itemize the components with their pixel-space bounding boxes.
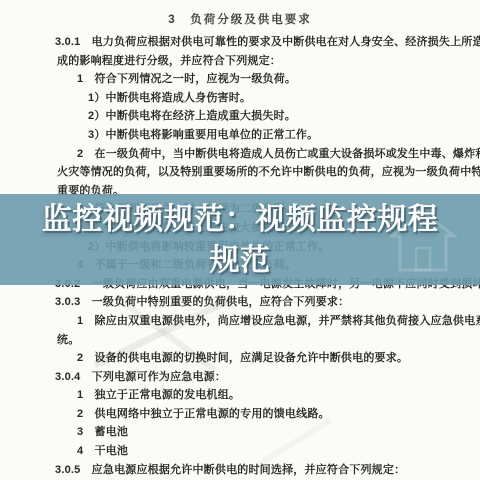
doc-line: 1）中断供电将造成人身伤害时。 bbox=[0, 89, 480, 108]
doc-line: 成的影响程度进行分级，并应符合下列规定： bbox=[0, 52, 480, 71]
doc-line: 2）中断供电将在经济上造成重大损失时。 bbox=[0, 107, 480, 126]
chapter-heading: 3 负荷分级及供电要求 bbox=[0, 11, 480, 29]
doc-line: 3 蓄电池 bbox=[0, 423, 480, 442]
doc-line: 3）中断供电将影响重要用电单位的正常工作。 bbox=[0, 126, 480, 145]
doc-line: 2 供电网络中独立于正常电源的专用的馈电线路。 bbox=[0, 405, 480, 424]
doc-line: 3.0.1 电力负荷应根据对供电可靠性的要求及中断供电在对人身安全、经济损失上所… bbox=[0, 33, 480, 52]
doc-line: 3.0.5 应急电源应根据允许中断供电的时间选择，并应符合下列规定： bbox=[0, 461, 480, 480]
doc-line: 2 在一级负荷中，当中断供电将造成人员伤亡或重大设备损坏或发生中毒、爆炸和 bbox=[0, 145, 480, 164]
doc-line: 统。 bbox=[0, 331, 480, 350]
document-page: 3 负荷分级及供电要求 3.0.1 电力负荷应根据对供电可靠性的要求及中断供电在… bbox=[0, 0, 480, 480]
doc-line: 4 干电池 bbox=[0, 442, 480, 461]
overlay-banner: 监控视频规范：视频监控规程 规范 bbox=[0, 194, 480, 285]
doc-line: 1 除应由双重电源供电外，尚应增设应急电源，并严禁将其他负荷接入应急供电系 bbox=[0, 312, 480, 331]
doc-line: 3.0.3 一级负荷中特别重要的负荷供电，应符合下列要求： bbox=[0, 293, 480, 312]
banner-title-line1: 监控视频规范：视频监控规程 bbox=[42, 199, 439, 240]
banner-title-line2: 规范 bbox=[210, 240, 271, 281]
doc-line: 3.0.4 下列电源可作为应急电源： bbox=[0, 368, 480, 387]
doc-line: 火灾等情况的负荷，以及特别重要场所的不允许中断供电的负荷，应视为一级负荷中特别 bbox=[0, 163, 480, 182]
doc-line: 1 独立于正常电源的发电机组。 bbox=[0, 386, 480, 405]
doc-line: 2 设备的供电电源的切换时间，应满足设备允许中断供电的要求。 bbox=[0, 349, 480, 368]
doc-line: 1 符合下列情况之一时，应视为一级负荷。 bbox=[0, 70, 480, 89]
